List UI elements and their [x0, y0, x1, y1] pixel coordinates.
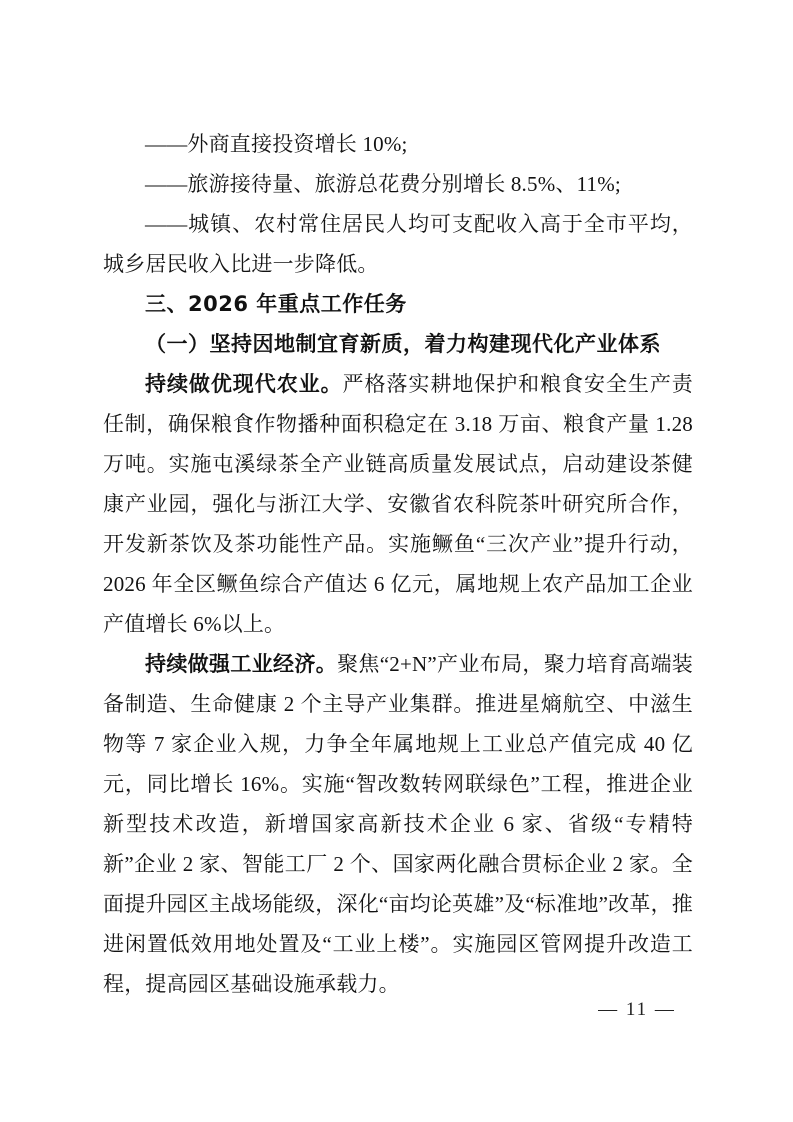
paragraph-agriculture: 持续做优现代农业。严格落实耕地保护和粮食安全生产责任制，确保粮食作物播种面积稳定… — [103, 364, 693, 644]
dash-paragraph-fdi: ——外商直接投资增长 10%; — [103, 124, 693, 164]
dash-paragraph-tourism: ——旅游接待量、旅游总花费分别增长 8.5%、11%; — [103, 164, 693, 204]
paragraph-industry: 持续做强工业经济。聚焦“2+N”产业布局，聚力培育高端装备制造、生命健康 2 个… — [103, 644, 693, 1004]
paragraph-agriculture-text: 严格落实耕地保护和粮食安全生产责任制，确保粮食作物播种面积稳定在 3.18 万亩… — [103, 372, 693, 636]
page-number: — 11 — — [557, 999, 717, 1021]
paragraph-industry-text: 聚焦“2+N”产业布局，聚力培育高端装备制造、生命健康 2 个主导产业集群。推进… — [103, 652, 693, 996]
paragraph-industry-lead: 持续做强工业经济。 — [145, 652, 337, 676]
section-heading: 三、2026 年重点工作任务 — [103, 284, 693, 324]
document-body: ——外商直接投资增长 10%; ——旅游接待量、旅游总花费分别增长 8.5%、1… — [103, 124, 693, 1004]
dash-paragraph-income: ——城镇、农村常住居民人均可支配收入高于全市平均，城乡居民收入比进一步降低。 — [103, 204, 693, 284]
document-page: ——外商直接投资增长 10%; ——旅游接待量、旅游总花费分别增长 8.5%、1… — [0, 0, 793, 1122]
paragraph-agriculture-lead: 持续做优现代农业。 — [145, 372, 343, 396]
subsection-heading: （一）坚持因地制宜育新质，着力构建现代化产业体系 — [103, 324, 693, 364]
